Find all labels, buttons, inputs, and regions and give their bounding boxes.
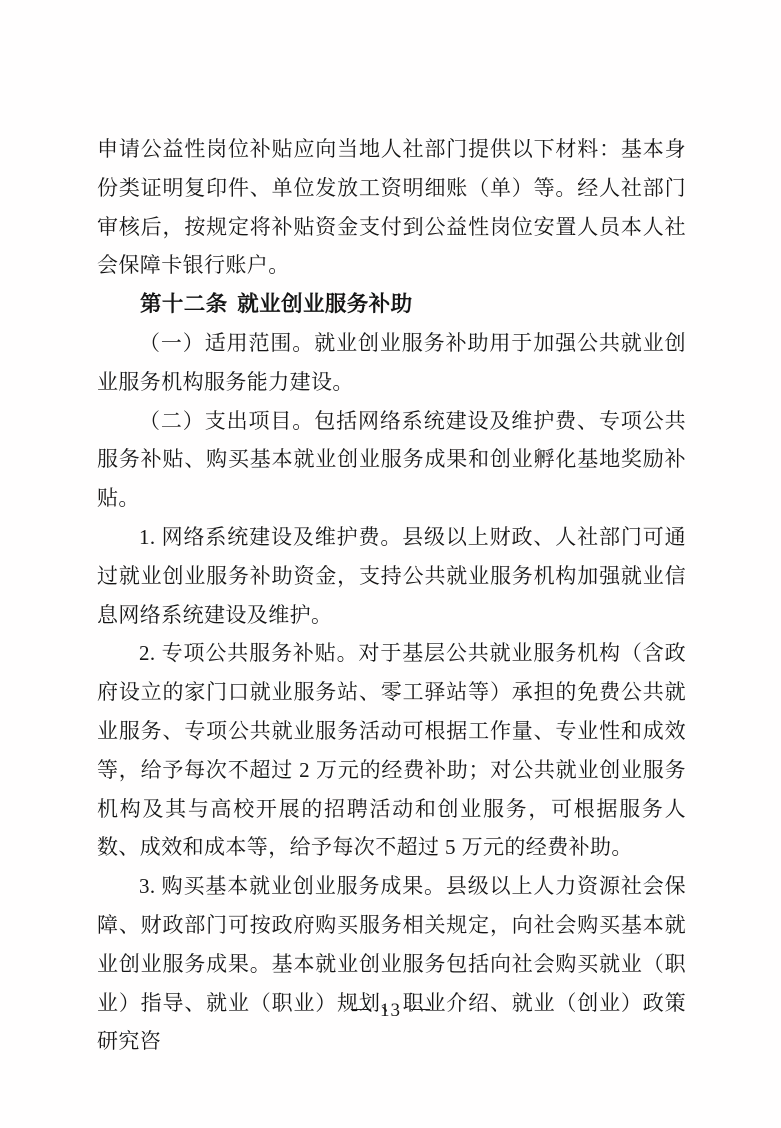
paragraph-subitem-2: 2. 专项公共服务补贴。对于基层公共就业服务机构（含政府设立的家门口就业服务站、… — [97, 634, 686, 867]
document-page: 申请公益性岗位补贴应向当地人社部门提供以下材料：基本身份类证明复印件、单位发放工… — [0, 0, 781, 1128]
paragraph-item-1: （一）适用范围。就业创业服务补助用于加强公共就业创业服务机构服务能力建设。 — [97, 324, 686, 402]
paragraph-item-2: （二）支出项目。包括网络系统建设及维护费、专项公共服务补贴、购买基本就业创业服务… — [97, 402, 686, 518]
page-footer: —13— — [0, 996, 781, 1026]
paragraph-continuation: 申请公益性岗位补贴应向当地人社部门提供以下材料：基本身份类证明复印件、单位发放工… — [97, 130, 686, 285]
footer-dash-right: — — [411, 994, 430, 1024]
section-heading-number: 第十二条 — [140, 292, 228, 316]
footer-dash-left: — — [351, 994, 370, 1024]
paragraph-subitem-3: 3. 购买基本就业创业服务成果。县级以上人力资源社会保障、财政部门可按政府购买服… — [97, 867, 686, 1061]
paragraph-subitem-1: 1. 网络系统建设及维护费。县级以上财政、人社部门可通过就业创业服务补助资金，支… — [97, 518, 686, 634]
section-heading: 第十二条就业创业服务补助 — [97, 285, 686, 324]
section-heading-title: 就业创业服务补助 — [237, 292, 412, 316]
document-body: 申请公益性岗位补贴应向当地人社部门提供以下材料：基本身份类证明复印件、单位发放工… — [97, 130, 686, 1061]
page-number: 13 — [380, 1000, 401, 1021]
